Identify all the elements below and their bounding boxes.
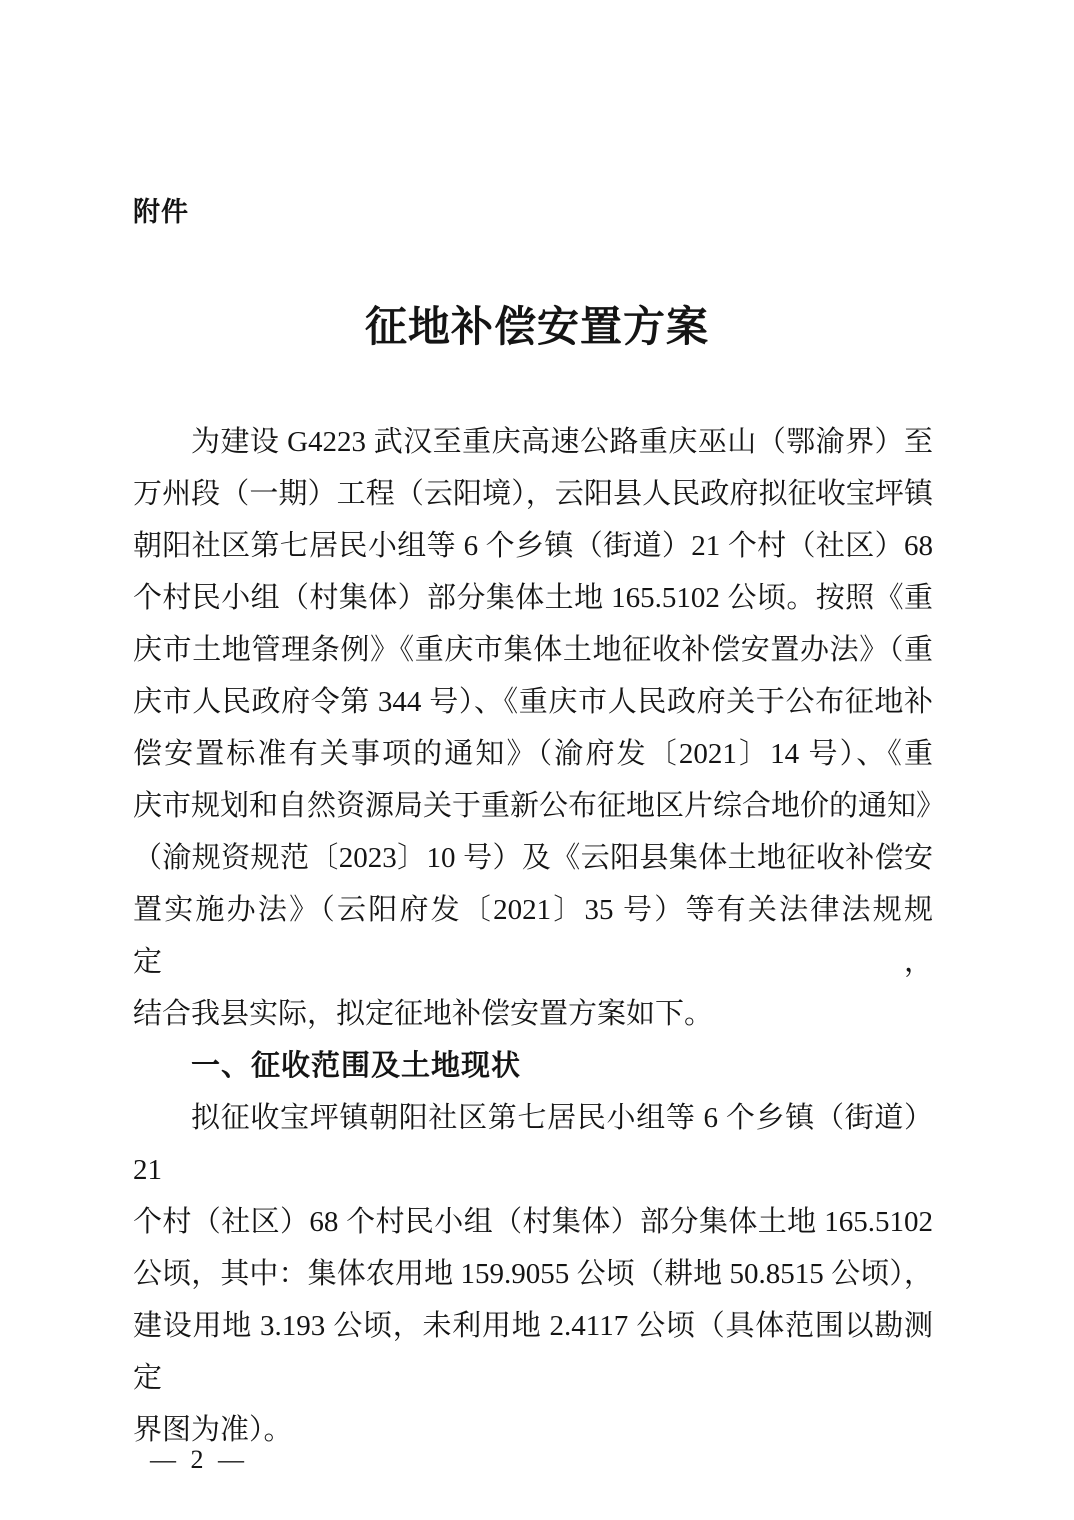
paragraph-1-line: 万州段（一期）工程（云阳境），云阳县人民政府拟征收宝坪镇: [133, 468, 933, 520]
paragraph-2-line: 拟征收宝坪镇朝阳社区第七居民小组等 6 个乡镇（街道）21: [133, 1092, 933, 1196]
paragraph-2-line: 个村（社区）68 个村民小组（村集体）部分集体土地 165.5102: [133, 1196, 933, 1248]
paragraph-1-line: （渝规资规范〔2023〕10 号）及《云阳县集体土地征收补偿安: [133, 832, 933, 884]
paragraph-1-line: 庆市人民政府令第 344 号）、《重庆市人民政府关于公布征地补: [133, 676, 933, 728]
document-body: 为建设 G4223 武汉至重庆高速公路重庆巫山（鄂渝界）至 万州段（一期）工程（…: [133, 416, 933, 1456]
document-title: 征地补偿安置方案: [0, 300, 1074, 356]
paragraph-1-line: 个村民小组（村集体）部分集体土地 165.5102 公顷。按照《重: [133, 572, 933, 624]
attachment-label: 附件: [133, 194, 189, 230]
document-page: 附件 征地补偿安置方案 为建设 G4223 武汉至重庆高速公路重庆巫山（鄂渝界）…: [0, 0, 1074, 1520]
paragraph-1-line: 结合我县实际，拟定征地补偿安置方案如下。: [133, 988, 933, 1040]
paragraph-2-line: 建设用地 3.193 公顷，未利用地 2.4117 公顷（具体范围以勘测定: [133, 1300, 933, 1404]
paragraph-1-line: 庆市土地管理条例》《重庆市集体土地征收补偿安置办法》（重: [133, 624, 933, 676]
paragraph-1-line: 朝阳社区第七居民小组等 6 个乡镇（街道）21 个村（社区）68: [133, 520, 933, 572]
paragraph-2-line: 界图为准）。: [133, 1404, 933, 1456]
paragraph-1-line: 庆市规划和自然资源局关于重新公布征地区片综合地价的通知》: [133, 780, 933, 832]
paragraph-1-line: 为建设 G4223 武汉至重庆高速公路重庆巫山（鄂渝界）至: [133, 416, 933, 468]
paragraph-1-line: 偿安置标准有关事项的通知》（渝府发〔2021〕14 号）、《重: [133, 728, 933, 780]
section-heading-1: 一、征收范围及土地现状: [133, 1040, 933, 1092]
paragraph-2-line: 公顷，其中：集体农用地 159.9055 公顷（耕地 50.8515 公顷），: [133, 1248, 933, 1300]
paragraph-1-line: 置实施办法》（云阳府发〔2021〕35 号）等有关法律法规规定，: [133, 884, 933, 988]
page-number: — 2 —: [150, 1440, 248, 1480]
